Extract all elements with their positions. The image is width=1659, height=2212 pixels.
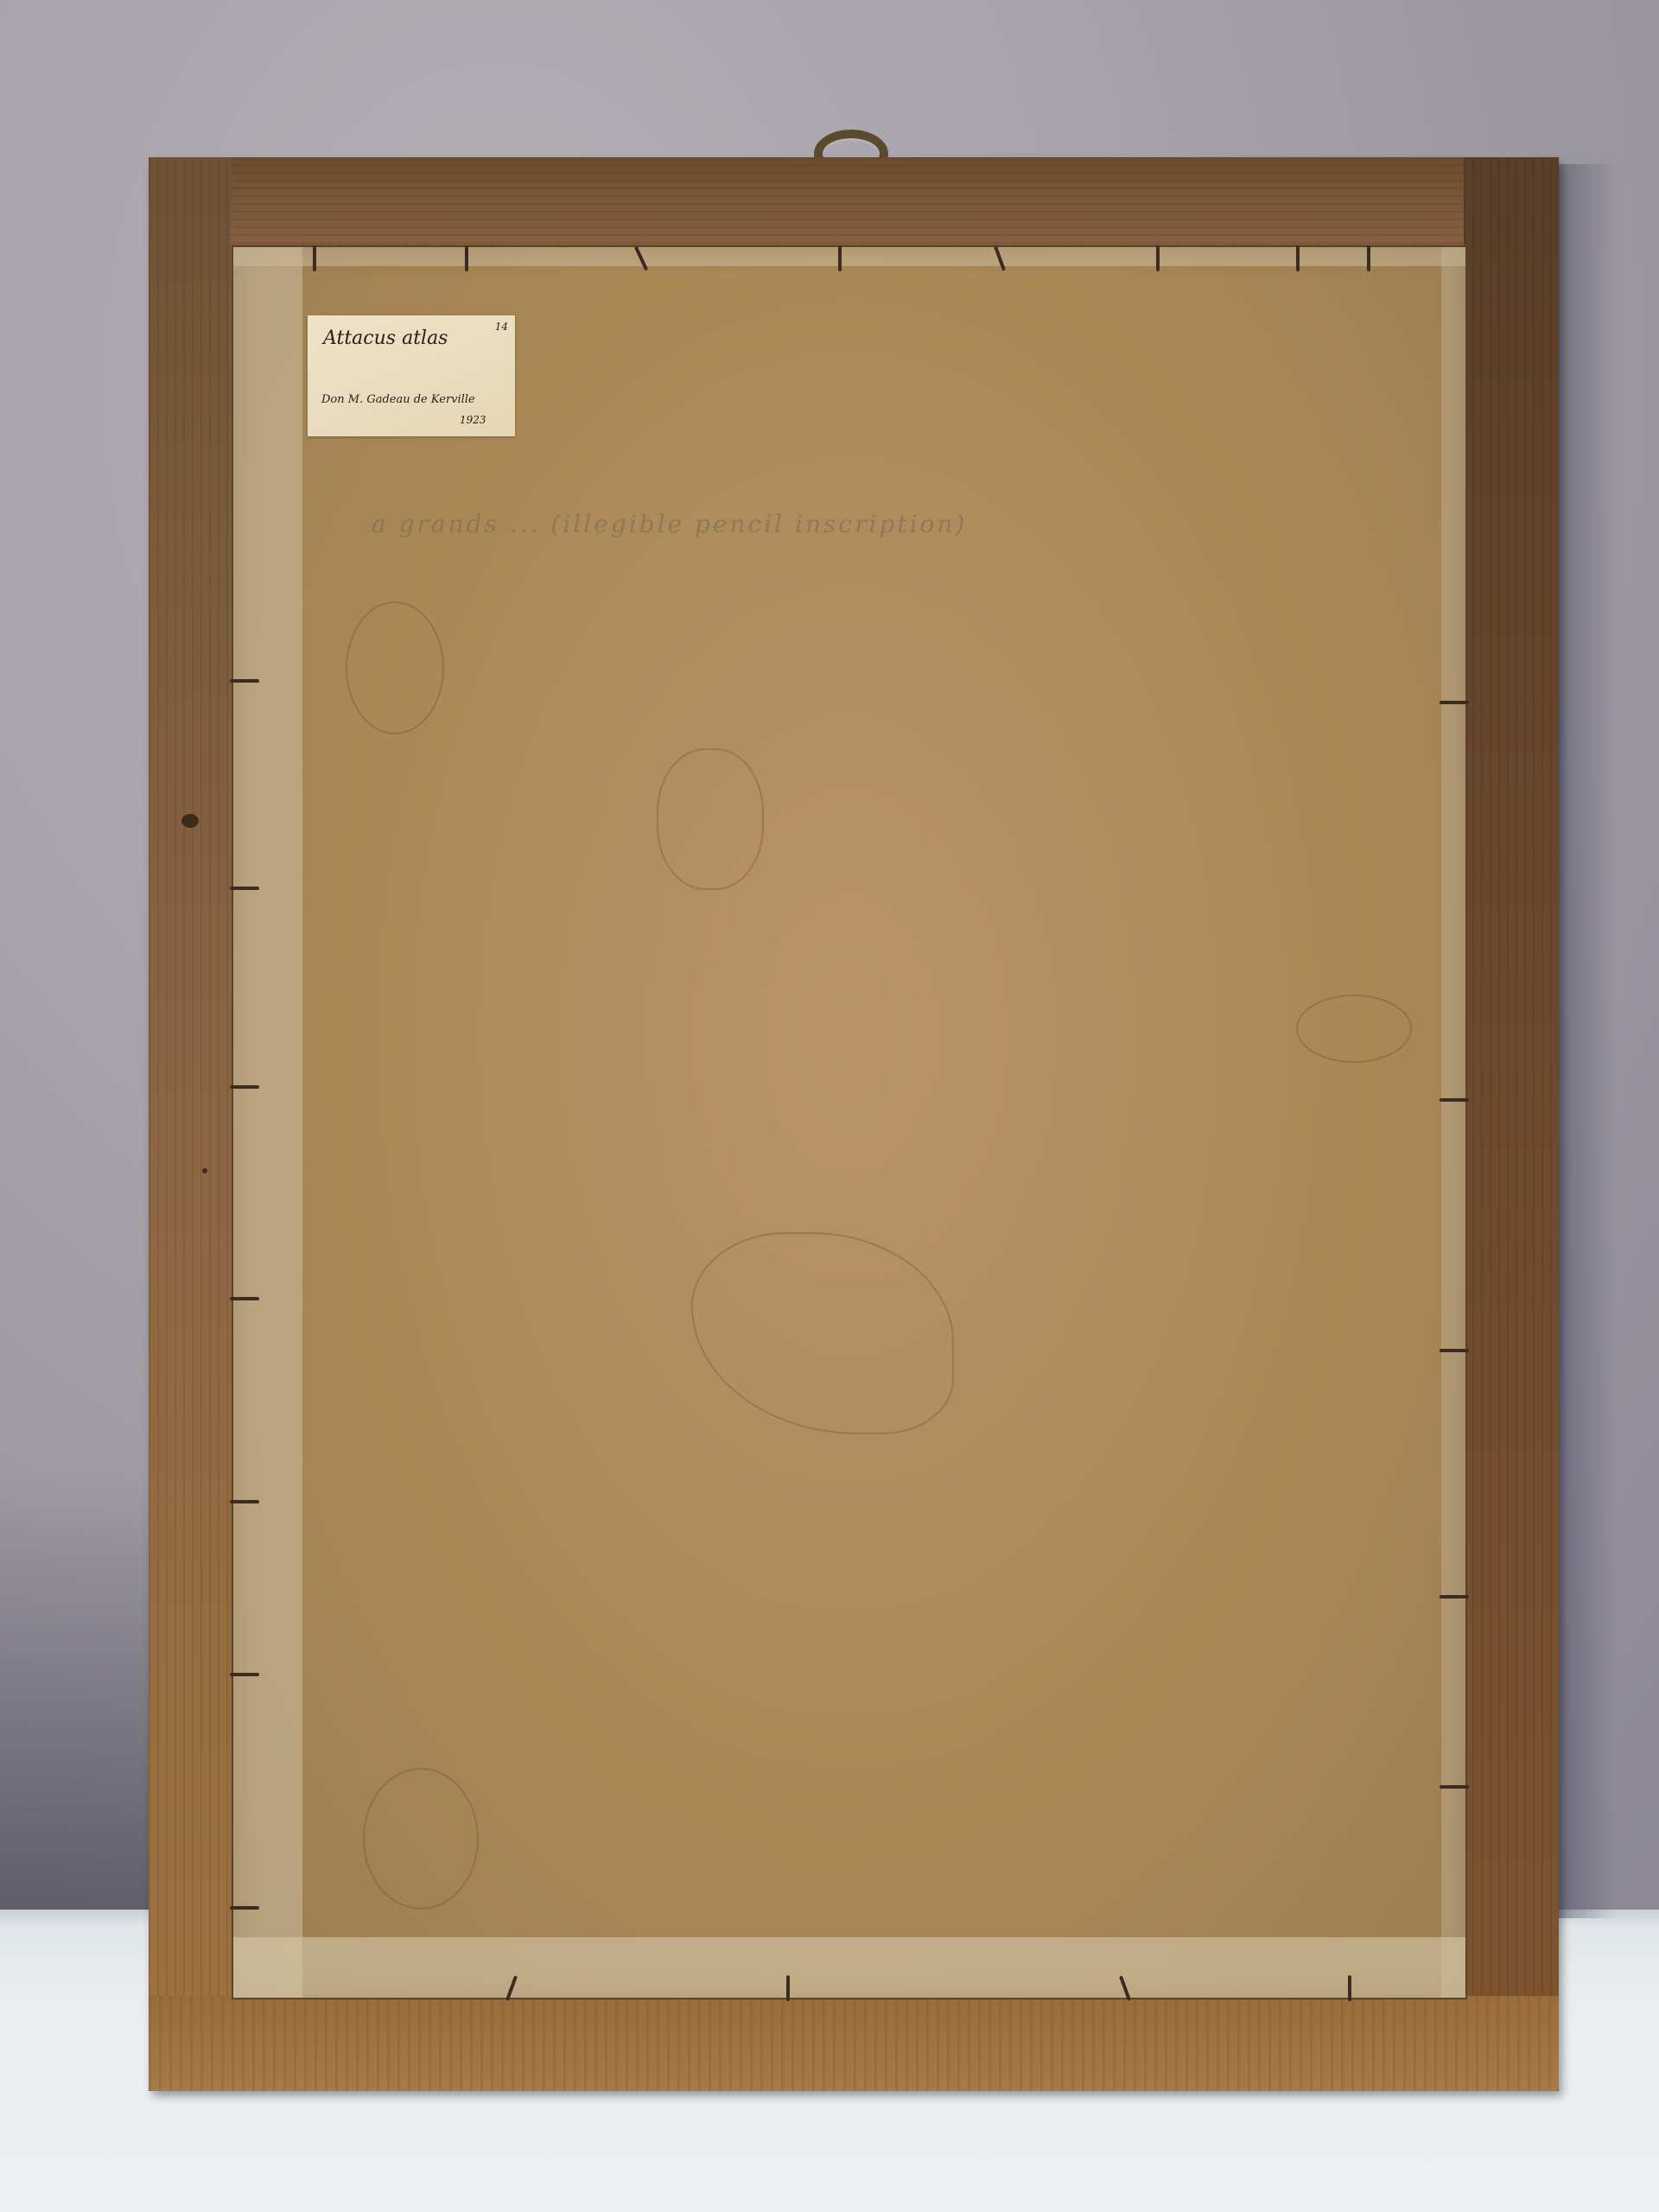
water-stain [691,1232,954,1434]
frame-nail-icon [1440,1098,1469,1102]
frame-nail-icon [313,245,316,271]
frame-nail-icon [230,1085,259,1089]
frame-top-rail [149,157,1559,244]
water-stain [657,748,764,890]
water-stain [346,601,444,734]
frame-nail-icon [465,245,468,271]
frame-nail-icon [230,1906,259,1910]
pencil-inscription: a grands ... (illegible pencil inscripti… [372,510,967,538]
frame-nail-icon [1156,245,1160,271]
frame-nail-icon [786,1975,790,2001]
frame-nail-icon [230,887,259,890]
label-species-name: Attacus atlas [323,327,448,349]
frame-nail-icon [1348,1975,1351,2001]
frame-nail-icon [1440,701,1469,704]
frame-nail-icon [1440,1349,1469,1352]
frame-nail-icon [1367,245,1370,271]
nail-hole-icon [202,1168,207,1173]
frame-nail-icon [838,245,842,271]
water-stain [1296,995,1412,1063]
frame-right-rail [1464,157,1559,2091]
label-year: 1923 [460,414,486,426]
frame-nail-icon [230,1297,259,1300]
wooden-frame-back [149,157,1559,2091]
specimen-label: Attacus atlas 14 Don M. Gadeau de Kervil… [308,315,515,436]
label-donor: Don M. Gadeau de Kerville [321,393,475,406]
frame-shadow [1555,164,1616,1918]
cardboard-backing [232,245,1467,1999]
frame-nail-icon [1296,245,1300,271]
frame-nail-icon [230,1673,259,1676]
frame-nail-icon [1440,1785,1469,1789]
paper-tape-bottom [233,1937,1465,1998]
frame-nail-icon [230,679,259,683]
wood-knot-icon [181,814,199,828]
paper-tape-top [233,247,1465,266]
water-stain [363,1768,479,1910]
frame-left-rail [149,157,231,2091]
frame-nail-icon [1440,1595,1469,1599]
paper-tape-right [1441,247,1465,1998]
frame-bottom-rail [149,1996,1559,2091]
paper-tape-left [233,247,302,1998]
frame-nail-icon [230,1500,259,1503]
label-number: 14 [495,321,508,333]
